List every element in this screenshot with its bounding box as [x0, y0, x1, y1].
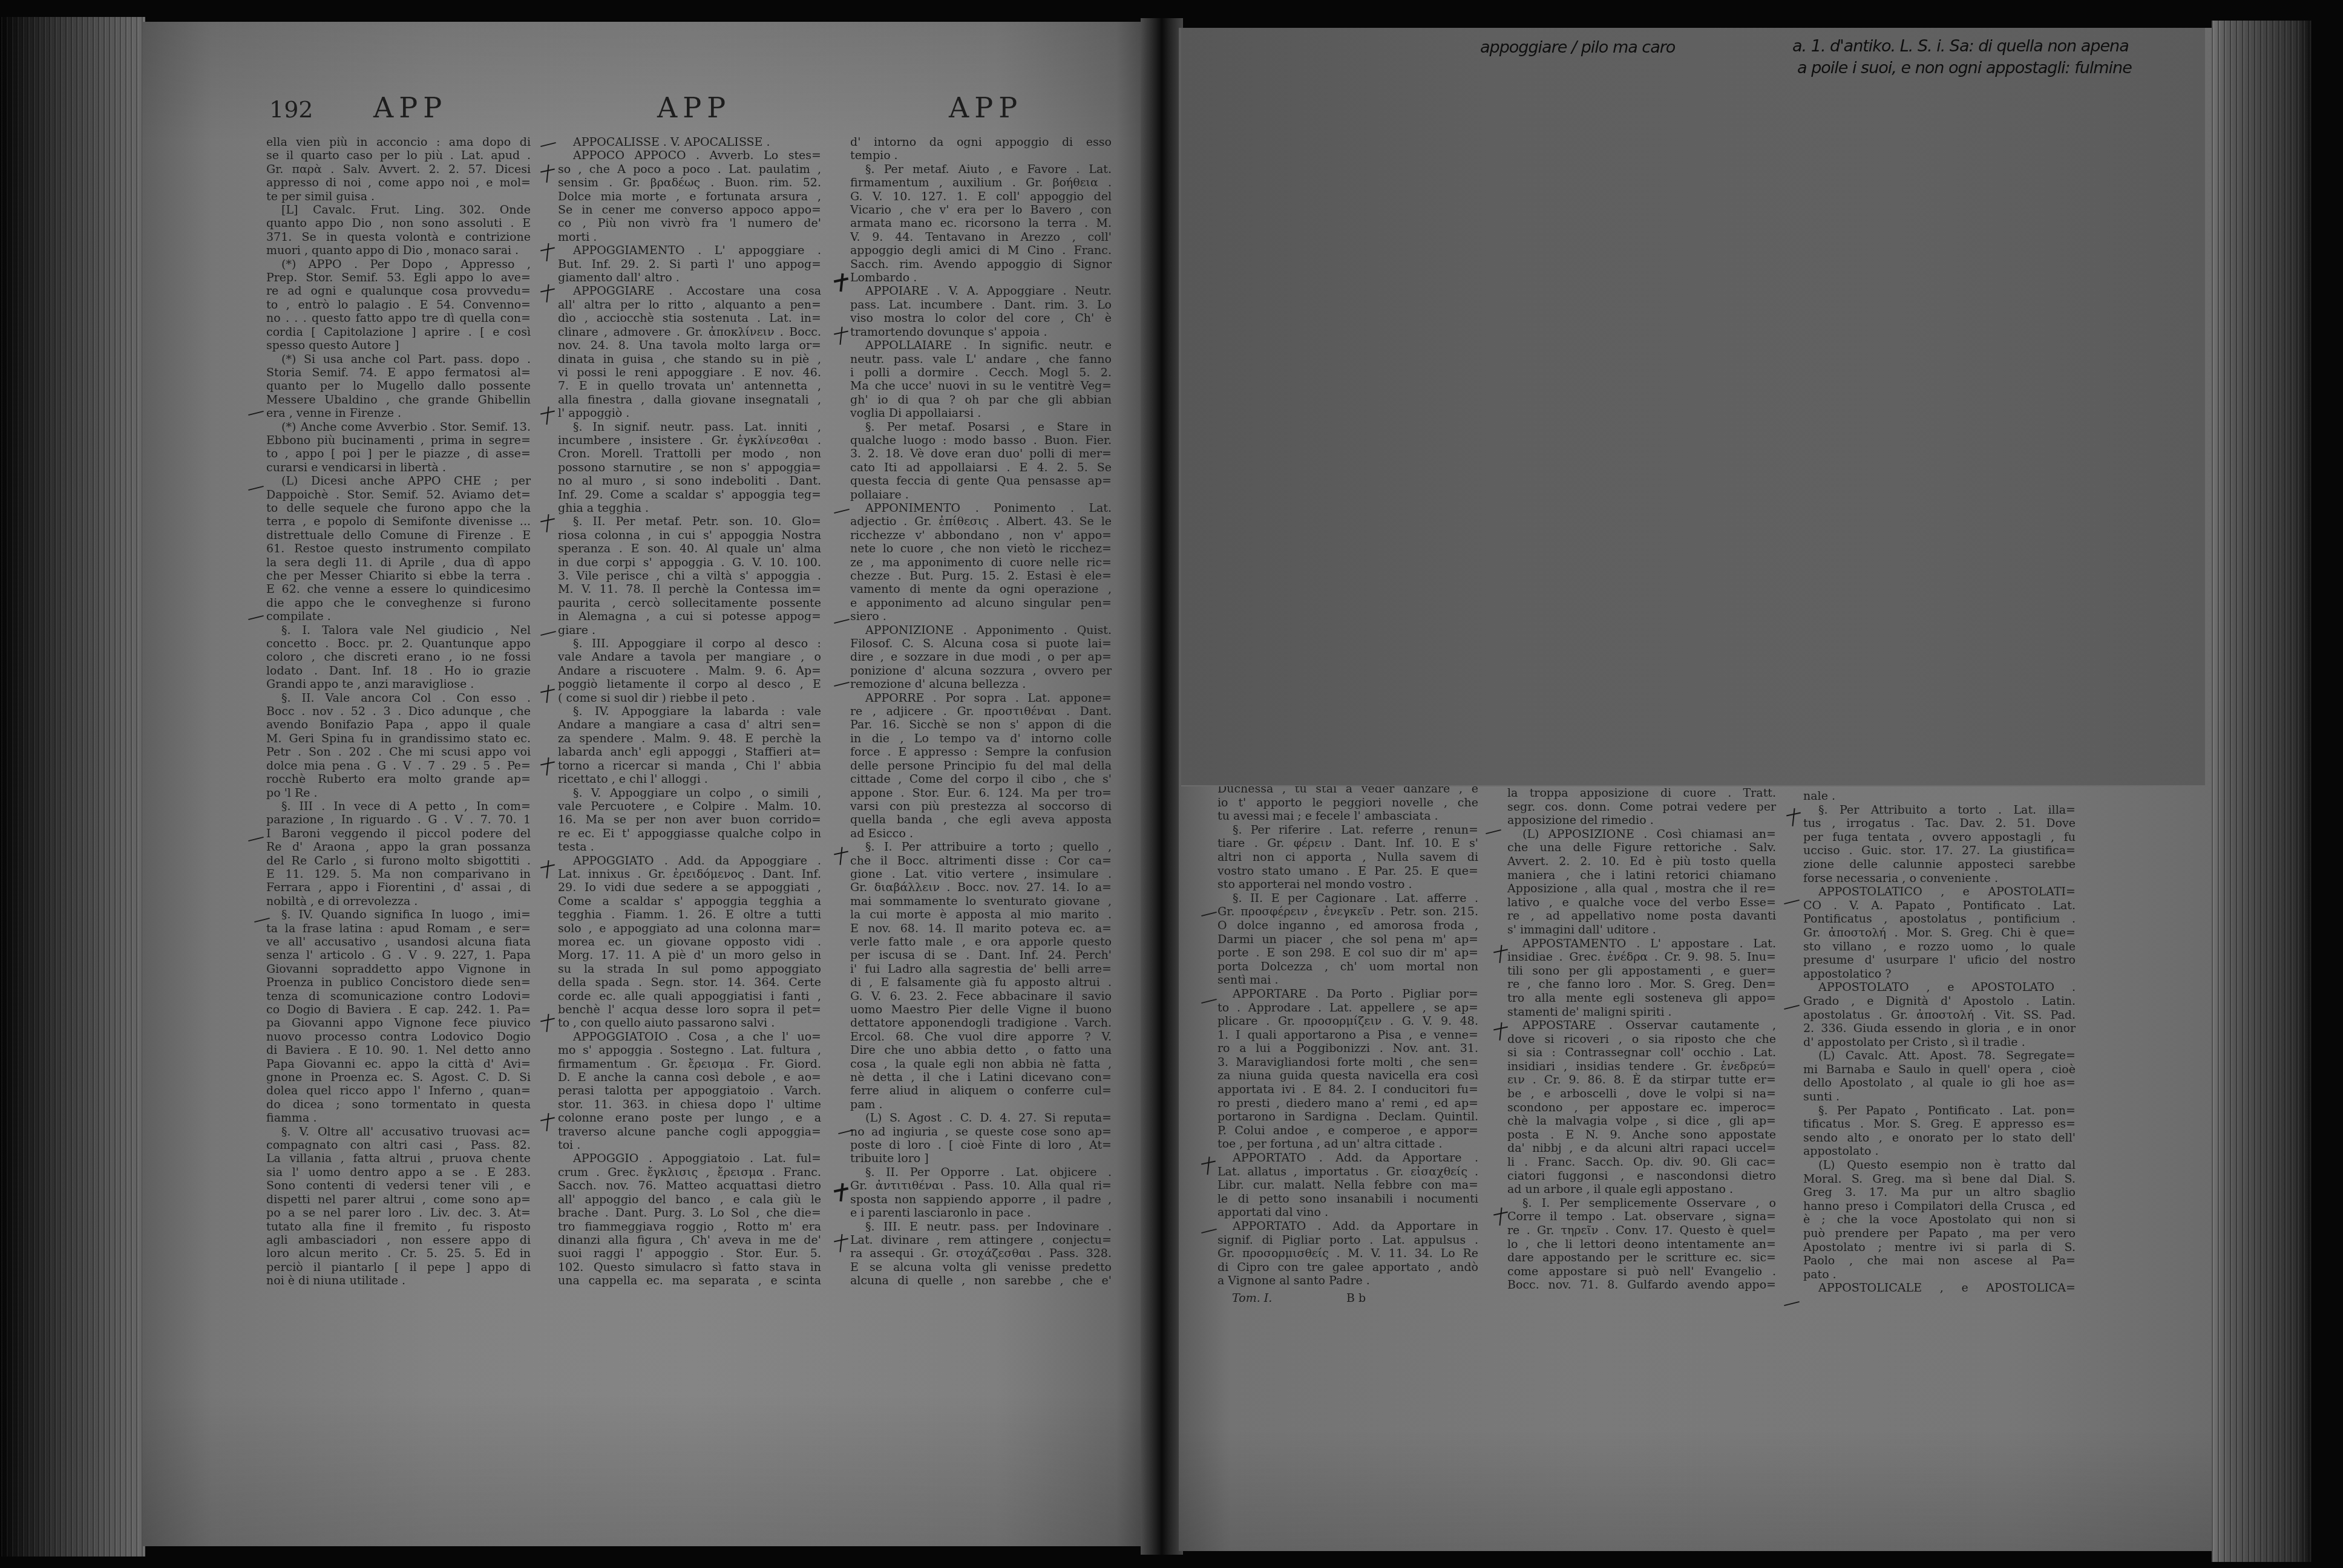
pencil-cross-icon [834, 273, 848, 292]
text-line: verle fatto male , e ora apporle questo [850, 935, 1112, 949]
pencil-dash-icon [248, 609, 263, 627]
text-line: ghia a tegghia . [558, 501, 821, 515]
text-line: APPORTATO . Add. da Apportare . [1217, 1151, 1478, 1165]
text-line: neutr. pass. vale L' andare , che fanno [850, 353, 1112, 366]
text-line: tro fiammeggiava roggio , Rotto m' era [558, 1220, 821, 1233]
text-line: E se alcuna volta gli venisse predetto [850, 1261, 1112, 1274]
text-line: Dire che uno abbia detto , o fatto una [850, 1044, 1112, 1057]
text-line: §. In signif. neutr. pass. Lat. inniti , [558, 420, 821, 434]
text-line: §. I. Per attribuire a torto ; quello , [850, 840, 1112, 854]
text-line: dispetti nel parer altrui , come sono ap… [266, 1193, 531, 1206]
pencil-dash-icon [1201, 1222, 1216, 1240]
pencil-dash-icon [248, 404, 263, 422]
dictionary-entry: APPOGGIO . Appoggiatoio . Lat. ful=crum … [558, 1152, 821, 1287]
dictionary-entry: §. Per metaf. Posarsi , e Stare inqualch… [850, 420, 1112, 501]
dictionary-entry: APPOSTOLATICO , e APOSTOLATI=CO . V. A. … [1803, 885, 2076, 981]
text-line: maniera , che i latini retorici chiamano [1507, 869, 1776, 883]
dictionary-entry: (L) S. Agost . C. D. 4. 27. Si reputa=no… [850, 1111, 1112, 1166]
text-line: 3. 2. 18. Vè dove eran duo' polli di mer… [850, 447, 1112, 460]
text-line: §. IV. Quando significa In luogo , imi= [266, 908, 531, 921]
text-line: firmamentum . Gr. ἔρεισμα . Fr. Giord. [558, 1057, 821, 1071]
text-line: §. Per Attribuito a torto . Lat. illa= [1803, 803, 2076, 817]
text-line: era , venne in Firenze . [266, 407, 531, 420]
text-line: Andare a riscuotere . Malm. 9. 6. Ap= [558, 664, 821, 678]
text-line: 3. Vile perisce , chi a viltà s' appoggi… [558, 569, 821, 583]
text-line: Corre il tempo . Lat. observare , signa= [1507, 1210, 1776, 1224]
text-line: incumbere , insistere . Gr. ἐγκλίνεσθαι … [558, 434, 821, 447]
text-line: ferre aliud in aliquem o conferre cul= [850, 1084, 1112, 1097]
text-line: O dolce inganno , ed amorosa froda , [1217, 919, 1478, 933]
text-line: Filosof. C. S. Alcuna cosa si puote lai= [850, 637, 1112, 650]
text-line: varsi con più prestezza al soccorso di [850, 800, 1112, 813]
text-line: tribuite loro ] [850, 1152, 1112, 1165]
running-head-center: APP [657, 91, 731, 125]
text-line: pass. Lat. incumbere . Dant. rim. 3. Lo [850, 298, 1112, 312]
text-line: concetto . Bocc. pr. 2. Quantunque appo [266, 637, 531, 650]
text-line: agli ambasciadori , non essere appo di [266, 1233, 531, 1247]
text-line: avendo Bonifazio Papa , appo il quale [266, 718, 531, 731]
text-line: giamento dall' altro . [558, 271, 821, 284]
right-book-edge [2212, 21, 2312, 1562]
text-line: po a se nel parer loro . Liv. dec. 3. At… [266, 1206, 531, 1220]
dictionary-entry: APPOSTARE . Osservar cautamente ,dove si… [1507, 1019, 1776, 1197]
blank-sheet-overlay [1181, 28, 2205, 786]
text-line: tus , irrogatus . Tac. Dav. 2. 51. Dove [1803, 817, 2076, 831]
dictionary-entry: Duchessa , tu stai a veder danzare , eio… [1217, 782, 1478, 823]
text-line: dettatore apponendogli tradigione . Varc… [850, 1016, 1112, 1030]
text-line: che una delle Figure rettoriche . Salv. [1507, 841, 1776, 855]
text-line: re , che fanno loro . Mor. S. Greg. Den= [1507, 978, 1776, 991]
text-line: alla finestra , dalla giovane insegnatal… [558, 393, 821, 407]
text-line: cosa , la quale egli non abbia nè fatta … [850, 1057, 1112, 1071]
text-line: perasi talotta per appoggiatoio . Varch. [558, 1084, 821, 1097]
pencil-dash-icon [838, 1123, 853, 1141]
text-line: APPOSTAMENTO . L' appostare . Lat. [1507, 937, 1776, 951]
text-line: sto villano , e rozzo uomo , lo quale [1803, 940, 2076, 954]
text-line: la sera degli 11. di Aprile , dua dì app… [266, 556, 531, 569]
pencil-cross-icon [834, 1234, 848, 1252]
text-line: dare appostando per le scritture ec. sic… [1507, 1251, 1776, 1265]
text-line: vi possi le reni appoggiare . E nov. 46. [558, 366, 821, 379]
dictionary-entry: APPONIMENTO . Ponimento . Lat.adjectio .… [850, 501, 1112, 624]
pencil-dash-icon [834, 502, 848, 520]
dictionary-entry: §. II. Per metaf. Petr. son. 10. Glo=rio… [558, 515, 821, 637]
text-line: no ad ingiuria , se queste cose sono ap= [850, 1125, 1112, 1138]
text-line: delle persone Principio fu del mal della [850, 759, 1112, 773]
text-line: stamenti de' maligni spiriti . [1507, 1005, 1776, 1019]
text-line: nobiltà , e di orrevolezza . [266, 895, 531, 908]
text-line: Proenza in publico Concistoro diede sen= [266, 976, 531, 989]
dictionary-entry: APPOSTAMENTO . L' appostare . Lat.insidi… [1507, 937, 1776, 1019]
text-line: appoggio degli amici di M Cino . Franc. [850, 244, 1112, 257]
text-line: dinanzi alla figura , Ch' aveva in me de… [558, 1233, 821, 1247]
dictionary-entry: §. V. Oltre all' accusativo truovasi ac=… [266, 1125, 531, 1288]
dictionary-entry: APPOGGIARE . Accostare una cosaall' altr… [558, 284, 821, 420]
dictionary-entry: §. IV. Appoggiare la labarda : valeAndar… [558, 705, 821, 786]
text-line: insidiae . Grec. ἐνέδρα . Cr. 9. 98. 5. … [1507, 950, 1776, 964]
pencil-cross-icon [540, 284, 555, 302]
text-line: quella banda , che egli aveva apposta [850, 813, 1112, 826]
text-line: G. V. 10. 127. 1. E coll' appoggio del [850, 190, 1112, 203]
dictionary-entry: §. Per riferire . Lat. referre , renun=t… [1217, 823, 1478, 892]
text-line: tegghia . Fiamm. 1. 26. E oltre a tutti [558, 908, 821, 921]
text-line: da' nibbj , e da alcuni altri rapaci ucc… [1507, 1142, 1776, 1155]
text-line: sia l' uomo dentro appo a se . E 283. [266, 1166, 531, 1179]
text-line: Gr. προσφέρειν , ἐνεγκεῖν . Petr. son. 2… [1217, 905, 1478, 919]
text-line: za niuna guida questa navicella era così [1217, 1069, 1478, 1083]
text-line: APPORTATO . Add. da Apportare in [1217, 1220, 1478, 1233]
text-line: vamento di mente da ogni operazione , [850, 583, 1112, 596]
text-line: Lat. divinare , rem attingere , conjectu… [850, 1233, 1112, 1247]
text-line: cordia [ Capitolazione ] aprire . [ e co… [266, 325, 531, 339]
text-line: Avvert. 2. 2. 10. Ed è più tosto quella [1507, 855, 1776, 869]
text-line: appostolatico ? [1803, 967, 2076, 981]
text-line: che per Messer Chiarito si ebbe la terra… [266, 569, 531, 583]
text-line: ricchezze v' abbondano , non v' appo= [850, 529, 1112, 542]
signature-mark: B b [1346, 1292, 1366, 1305]
text-line: uomo Maestro Pier delle Vigne il buono [850, 1003, 1112, 1016]
left-page-column-1: ella vien più in acconcio : ama dopo dis… [266, 136, 531, 1288]
pencil-cross-icon [540, 243, 555, 261]
text-line: APPOCALISSE . V. APOCALISSE . [558, 136, 821, 149]
text-line: morti . [558, 230, 821, 244]
text-line: P. Colui andoe , e comperoe , e appor= [1217, 1124, 1478, 1138]
text-line: morea ec. un giovane opposto vidi . [558, 935, 821, 949]
text-line: lativo , e qualche voce del verbo Esse= [1507, 896, 1776, 910]
text-line: to delle sequele che furono appo che la [266, 501, 531, 515]
text-line: sto apporterai nel mondo vostro . [1217, 878, 1478, 892]
text-line: 2. 336. Giuda essendo in gloria , e in o… [1803, 1022, 2076, 1036]
text-line: firmamentum , auxilium . Gr. βοήθεια . [850, 176, 1112, 189]
text-line: Se in cener me converso appoco appo= [558, 203, 821, 217]
text-line: apportata ivi . E 84. 2. I conducitori f… [1217, 1083, 1478, 1097]
text-line: §. II. Per metaf. Petr. son. 10. Glo= [558, 515, 821, 528]
text-line: Par. 16. Sicchè se non s' appon di die [850, 718, 1112, 731]
text-line: voglia Di appollaiarsi . [850, 407, 1112, 420]
dictionary-entry: APPONIZIONE . Apponimento . Quist.Filoso… [850, 624, 1112, 691]
text-line: in Alemagna , a cui si potesse appog= [558, 610, 821, 623]
text-line: ( come si suol dir ) riebbe il peto . [558, 691, 821, 705]
text-line: mai sommamente lo sventurato giovane , [850, 895, 1112, 908]
dictionary-entry: §. I. Talora vale Nel giudicio , Nelconc… [266, 624, 531, 691]
pencil-cross-icon [1493, 945, 1508, 963]
text-line: traverso alcune panche cogli appoggia= [558, 1125, 821, 1138]
text-line: che il Bocc. altrimenti disse : Cor ca= [850, 854, 1112, 867]
text-line: presume d' usurpare l' uficio del nostro [1803, 953, 2076, 967]
text-line: appone . Stor. Eur. 6. 124. Ma per tro= [850, 786, 1112, 800]
text-line: Apostolato ; mentre ivi si parla di S. [1803, 1241, 2076, 1255]
text-line: in die , Lo tempo va d' intorno colle [850, 732, 1112, 745]
text-line: all' appoggio del banco , e cala giù le [558, 1193, 821, 1206]
pencil-dash-icon [1486, 823, 1500, 841]
pencil-cross-icon [540, 757, 555, 776]
text-line: io t' apporto le peggiori novelle , che [1217, 796, 1478, 810]
pencil-dash-icon [1784, 998, 1798, 1016]
text-line: APPOSTOLICALE , e APOSTOLICA= [1803, 1281, 2076, 1295]
text-line: mo s' appoggia . Sostegno . Lat. fultura… [558, 1044, 821, 1057]
text-line: noi è di niuna utilitade . [266, 1274, 531, 1287]
text-line: V. 9. 44. Tentavano in Arezzo , coll' [850, 230, 1112, 244]
text-line: M. V. 11. 78. Il perchè la Contessa im= [558, 583, 821, 596]
text-line: segr. cos. donn. Come potrai vedere per [1507, 800, 1776, 814]
dictionary-entry: d' intorno da ogni appoggio di essotempi… [850, 136, 1112, 163]
text-line: Lat. innixus . Gr. ἐρειδόμενος . Dant. I… [558, 867, 821, 881]
text-line: corde ec. alle quali appoggiatisi i fant… [558, 990, 821, 1003]
text-line: ro a lui a Poggibonizzi . Nov. ant. 31. [1217, 1042, 1478, 1056]
text-line: APPOGGIARE . Accostare una cosa [558, 284, 821, 298]
text-line: Petr . Son . 202 . Che mi scusi appo voi [266, 745, 531, 759]
text-line: to , con quello aiuto passarono salvi . [558, 1016, 821, 1030]
text-line: l' appoggiò . [558, 407, 821, 420]
dictionary-entry: (L) APPOSIZIONE . Così chiamasi an=che u… [1507, 828, 1776, 937]
text-line: di Baviera . E 10. 90. 1. Nel detto anno [266, 1044, 531, 1057]
dictionary-entry: APPOIARE . V. A. Appoggiare . Neutr.pass… [850, 284, 1112, 339]
handwritten-note-right-line-1: a. 1. d'antiko. L. S. i. Sa: di quella n… [1792, 36, 2129, 57]
text-line: Re d' Araona , appo la gran possanza [266, 840, 531, 854]
text-line: §. Per metaf. Aiuto , e Favore . Lat. [850, 163, 1112, 176]
text-line: te per simil guisa . [266, 190, 531, 203]
text-line: coloro , che discreti erano , io ne foss… [266, 650, 531, 664]
text-line: apposizione del rimedio . [1507, 814, 1776, 828]
text-line: signif. di Pigliar porto . Lat. appulsus… [1217, 1233, 1478, 1247]
text-line: lo , che li lettori deono intentamente a… [1507, 1238, 1776, 1252]
text-line: Ferrara , appo i Fiorentini , d' assai ,… [266, 881, 531, 894]
dictionary-entry: APPOSTOLICALE , e APOSTOLICA= [1803, 1281, 2076, 1295]
text-line: §. Per riferire . Lat. referre , renun= [1217, 823, 1478, 837]
text-line: APPOSTOLATO , e APOSTOLATO . [1803, 981, 2076, 995]
pencil-cross-icon [1201, 1157, 1216, 1175]
running-head-left: APP [373, 91, 447, 125]
dictionary-entry: APPORRE . Por sopra . Lat. appone=re , a… [850, 691, 1112, 840]
text-line: chezze . But. Purg. 15. 2. Estasi è ele= [850, 569, 1112, 583]
pencil-dash-icon [254, 911, 269, 929]
text-line: APPONIZIONE . Apponimento . Quist. [850, 624, 1112, 637]
text-line: tili sono per gli appostamenti , e guer= [1507, 964, 1776, 978]
text-line: La villania , fatta altrui , pruova chen… [266, 1152, 531, 1165]
text-line: giare . [558, 624, 821, 637]
text-line: Apposizione , alla qual , mostra che il … [1507, 882, 1776, 896]
text-line: nuovo processo contra Lodovico Dogio [266, 1030, 531, 1044]
text-line: Dolce mia morte , e fortunata arsura , [558, 190, 821, 203]
right-page-column-1: Duchessa , tu stai a veder danzare , eio… [1217, 782, 1478, 1288]
text-line: torno a ricercar si manda , Chi l' abbia [558, 759, 821, 773]
text-line: E nov. 68. 14. Il marito poteva ec. a= [850, 922, 1112, 935]
text-line: poggiò lietamente il corpo al desco , E [558, 678, 821, 691]
text-line: Dappoichè . Stor. Semif. 52. Aviamo det= [266, 488, 531, 501]
text-line: APPOSTARE . Osservar cautamente , [1507, 1019, 1776, 1033]
text-line: colonne erano poste per lungo , e a [558, 1111, 821, 1125]
text-line: remozione d' alcuna bellezza . [850, 678, 1112, 691]
text-line: poste di loro . [ cioè Finte di loro , A… [850, 1138, 1112, 1152]
text-line: APPOIARE . V. A. Appoggiare . Neutr. [850, 284, 1112, 298]
text-line: to , entrò lo palagio . E 54. Convenno= [266, 298, 531, 312]
text-line: su la strada In sul pomo appoggiato [558, 962, 821, 976]
text-line: tiare . Gr. φέρειν . Dant. Inf. 10. E s' [1217, 837, 1478, 851]
text-line: §. III . In vece di A petto , In com= [266, 800, 531, 813]
dictionary-entry: APPORTATO . Add. da Apportare insignif. … [1217, 1220, 1478, 1288]
dictionary-entry: §. Per Attribuito a torto . Lat. illa=tu… [1803, 803, 2076, 886]
text-line: del Re Carlo , si furono molto sbigottit… [266, 854, 531, 867]
text-line: la troppa apposizione di cuore . Tratt. [1507, 786, 1776, 800]
text-line: APPOGGIATOIO . Cosa , a che l' uo= [558, 1030, 821, 1044]
text-line: APPOLLAIARE . In signific. neutr. e [850, 339, 1112, 352]
text-line: [L] Cavalc. Frut. Ling. 302. Onde [266, 203, 531, 217]
text-line: tramortendo dovunque s' appoia . [850, 325, 1112, 339]
dictionary-entry: §. III . In vece di A petto , In com=par… [266, 800, 531, 908]
left-page-column-3: d' intorno da ogni appoggio di essotempi… [850, 136, 1112, 1288]
text-line: curarsi e vendicarsi in libertà . [266, 461, 531, 474]
text-line: riosa colonna , in cui s' appoggia Nostr… [558, 529, 821, 542]
text-line: di , E falsamente già fu apposto altrui … [850, 976, 1112, 989]
text-line: scondono , per appostare ec. imperoc= [1507, 1101, 1776, 1115]
text-line: (*) Si usa anche col Part. pass. dopo . [266, 353, 531, 366]
text-line: I Baroni veggendo il piccol podere del [266, 827, 531, 840]
text-line: tificatus . Mor. S. Greg. E appresso es= [1803, 1117, 2076, 1131]
text-line: suoi raggi l' appoggio . Stor. Eur. 5. [558, 1247, 821, 1260]
text-line: re , ad appellativo nome posta davanti [1507, 909, 1776, 923]
text-line: to . Approdare . Lat. appellere , se ap= [1217, 1001, 1478, 1015]
text-line: 16. Ma se per non aver buon corrido= [558, 813, 821, 826]
text-line: sensim . Gr. βραδέως . Buon. rim. 52. [558, 176, 821, 189]
text-line: armata mano ec. ricorsono la terra . M. [850, 217, 1112, 230]
text-line: ad un arbore , il quale egli appostano . [1507, 1183, 1776, 1197]
text-line: §. IV. Appoggiare la labarda : vale [558, 705, 821, 718]
text-line: Gr. προσορμισθείς . M. V. 11. 34. Lo Re [1217, 1247, 1478, 1261]
text-line: nete lo cuore , che non vietò le ricchez… [850, 542, 1112, 555]
text-line: zione delle calunnie apposteci sarebbe [1803, 858, 2076, 872]
text-line: ta la frase latina : apud Romam , e ser= [266, 922, 531, 935]
dictionary-entry: (*) APPO . Per Dopo , Appresso ,Prep. St… [266, 258, 531, 353]
text-line: force . E appresso : Sempre la confusion [850, 745, 1112, 759]
pencil-dash-icon [540, 136, 555, 154]
text-line: (L) Cavalc. Att. Apost. 78. Segregate= [1803, 1049, 2076, 1063]
text-line: siero . [850, 610, 1112, 623]
text-line: ro presti , diedero mano a' remi , ed ap… [1217, 1097, 1478, 1111]
text-line: dinata in guisa , che stando su in piè , [558, 353, 821, 366]
text-line: gione . Lat. vitio vertere , insimulare … [850, 867, 1112, 881]
dictionary-entry: (L) Cavalc. Att. Apost. 78. Segregate=mi… [1803, 1049, 2076, 1103]
text-line: ad Esicco . [850, 827, 1112, 840]
text-line: Sacch. nov. 76. Matteo acquattasi dietro [558, 1179, 821, 1192]
text-line: 3. Maravigliandosi forte molti , che sen… [1217, 1056, 1478, 1070]
text-line: vostro stato umano . E Par. 25. E que= [1217, 864, 1478, 878]
text-line: pam . [850, 1098, 1112, 1111]
text-line: nov. 24. 8. Una tavola molto larga or= [558, 339, 821, 352]
text-line: Bocc. nov. 71. 8. Gulfardo avendo appo= [1507, 1278, 1776, 1292]
text-line: dìo , acciocchè stia sostenuta . Lat. in… [558, 312, 821, 325]
text-line: Gr. διαβάλλειν . Bocc. nov. 27. 14. Io a… [850, 881, 1112, 894]
text-line: hanno preso i Compilatori della Crusca ,… [1803, 1200, 2076, 1214]
text-line: ειν . Cr. 9. 86. 8. È da stirpar tutte e… [1507, 1073, 1776, 1087]
text-line: But. Inf. 29. 2. Si partì l' uno appog= [558, 258, 821, 271]
text-line: (L) Dicesi anche APPO CHE ; per [266, 474, 531, 488]
text-line: APPOCO APPOCO . Avverb. Lo stes= [558, 149, 821, 162]
text-line: no al muro , si sono indeboliti . Dant. [558, 474, 821, 488]
text-line: §. I. Per semplicemente Osservare , o [1507, 1197, 1776, 1210]
text-line: re ec. Ei t' appoggiasse qualche colpo i… [558, 827, 821, 840]
pencil-dash-icon [834, 612, 848, 630]
text-line: ciatori fuggonsi , e nascondonsi dietro [1507, 1169, 1776, 1183]
text-line: E 62. che venne a essere lo quindicesimo [266, 583, 531, 596]
text-line: nè detta , il che i Latini dicevano con= [850, 1071, 1112, 1084]
text-line: lodato . Dant. Inf. 18 . Ho io grazie [266, 664, 531, 678]
text-line: APPONIMENTO . Ponimento . Lat. [850, 501, 1112, 515]
text-line: questa feccia di gente Qua pensasse ap= [850, 474, 1112, 488]
text-line: Grandi appo te , anzi maravigliose . [266, 678, 531, 691]
dictionary-entry: APPOGGIATOIO . Cosa , a che l' uo=mo s' … [558, 1030, 821, 1152]
dictionary-entry: §. In signif. neutr. pass. Lat. inniti ,… [558, 420, 821, 515]
text-line: per fuga tentata , ovvero appostagli , f… [1803, 831, 2076, 844]
text-line: APPOGGIO . Appoggiatoio . Lat. ful= [558, 1152, 821, 1165]
text-line: adjectio . Gr. ἐπίθεσις . Albert. 43. Se… [850, 515, 1112, 528]
text-line: dolce mia pena . G . V . 7 . 29 . 5 . Pe… [266, 759, 531, 773]
text-line: Morg. 17. 11. A piè d' un moro gelso in [558, 949, 821, 962]
text-line: ze , ma apponimento di cuore nelle ric= [850, 556, 1112, 569]
text-line: Come a scaldar s' appoggia tegghia a [558, 895, 821, 908]
text-line: 371. Se in questa volontà e contrizione [266, 230, 531, 244]
text-line: Gr. παρὰ . Salv. Avvert. 2. 2. 57. Dices… [266, 163, 531, 176]
pencil-dash-icon [248, 830, 263, 848]
text-line: i' fui Ladro alla sagrestia de' belli ar… [850, 962, 1112, 976]
dictionary-entry: ella vien più in acconcio : ama dopo dis… [266, 136, 531, 203]
text-line: all' altra per lo ritto , alquanto a pen… [558, 298, 821, 312]
text-line: chè la malvagia volpe , si dice , gli ap… [1507, 1114, 1776, 1128]
text-line: testa . [558, 840, 821, 854]
dictionary-entry: §. II. E per Cagionare . Lat. afferre .G… [1217, 892, 1478, 987]
pencil-dash-icon [248, 479, 263, 497]
text-line: ponizione d' alcuna sozzura , ovvero per [850, 664, 1112, 678]
text-line: (*) Anche come Avverbio . Stor. Semif. 1… [266, 420, 531, 434]
text-line: viso mostra lo color del core , Ch' è [850, 312, 1112, 325]
dictionary-entry: §. II. Vale ancora Col . Con esso .Bocc … [266, 691, 531, 800]
text-line: pollaiare . [850, 488, 1112, 501]
left-page-column-2: APPOCALISSE . V. APOCALISSE .APPOCO APPO… [558, 136, 821, 1288]
text-line: do dicea ; sono tormentato in questa [266, 1098, 531, 1111]
pencil-dash-icon [1201, 905, 1216, 923]
pencil-cross-icon [540, 407, 555, 425]
text-line: re , adjicere . Gr. προστιθέναι . Dant. [850, 705, 1112, 718]
text-line: portarono in Sardigna . Declam. Quintil. [1217, 1110, 1478, 1124]
page-number: 192 [269, 94, 313, 125]
text-line: §. Per Papato , Pontificato . Lat. pon= [1803, 1104, 2076, 1118]
text-line: in due corpi s' appoggia . G. V. 10. 100… [558, 556, 821, 569]
text-line: cato Iti ad appollaiarsi . E 4. 2. 5. Se [850, 461, 1112, 474]
text-line: §. V. Oltre all' accusativo truovasi ac= [266, 1125, 531, 1138]
dictionary-entry: (L) Questo esempio non è tratto dalMoral… [1803, 1158, 2076, 1281]
pencil-cross-icon [540, 165, 555, 183]
dictionary-entry: APPORTARE . Da Porto . Pigliar por=to . … [1217, 987, 1478, 1151]
text-line: Gr. ἀντιτιθέναι . Pass. 10. Alla qual ri… [850, 1179, 1112, 1192]
text-line: tempio . [850, 149, 1112, 162]
pencil-cross-icon [834, 1183, 848, 1201]
text-line: Giovanni sopraddetto appo Vignone in [266, 962, 531, 976]
text-line: vale Percuotere , e Colpire . Malm. 10. [558, 800, 821, 813]
text-line: Ercol. 68. Che vuol dire apporre ? V. [850, 1030, 1112, 1044]
text-line: apportati dal vino . [1217, 1206, 1478, 1220]
text-line: dire , e sozzare in due modi , o per ap= [850, 650, 1112, 664]
text-line: to , appo [ poi ] per le piazze , di ass… [266, 447, 531, 460]
text-line: qualche luogo : modo basso . Buon. Fier. [850, 434, 1112, 447]
text-line: (*) APPO . Per Dopo , Appresso , [266, 258, 531, 271]
handwritten-note-left: appoggiare / pilo ma caro [1480, 38, 1675, 58]
text-line: APPORRE . Por sopra . Lat. appone= [850, 691, 1112, 705]
text-line: porta Dolcezza , ch' uom mortal non [1217, 960, 1478, 974]
text-line: perciò il piantarlo [ il pepe ] appo di [266, 1261, 531, 1274]
text-line: po 'l Re . [266, 786, 531, 800]
text-line: mi Barnaba e Saulo in quell' opera , cio… [1803, 1063, 2076, 1077]
text-line: d' appostolato per Cristo , sì il tradìe… [1803, 1036, 2076, 1050]
text-line: a Vignone al santo Padre . [1217, 1274, 1478, 1288]
